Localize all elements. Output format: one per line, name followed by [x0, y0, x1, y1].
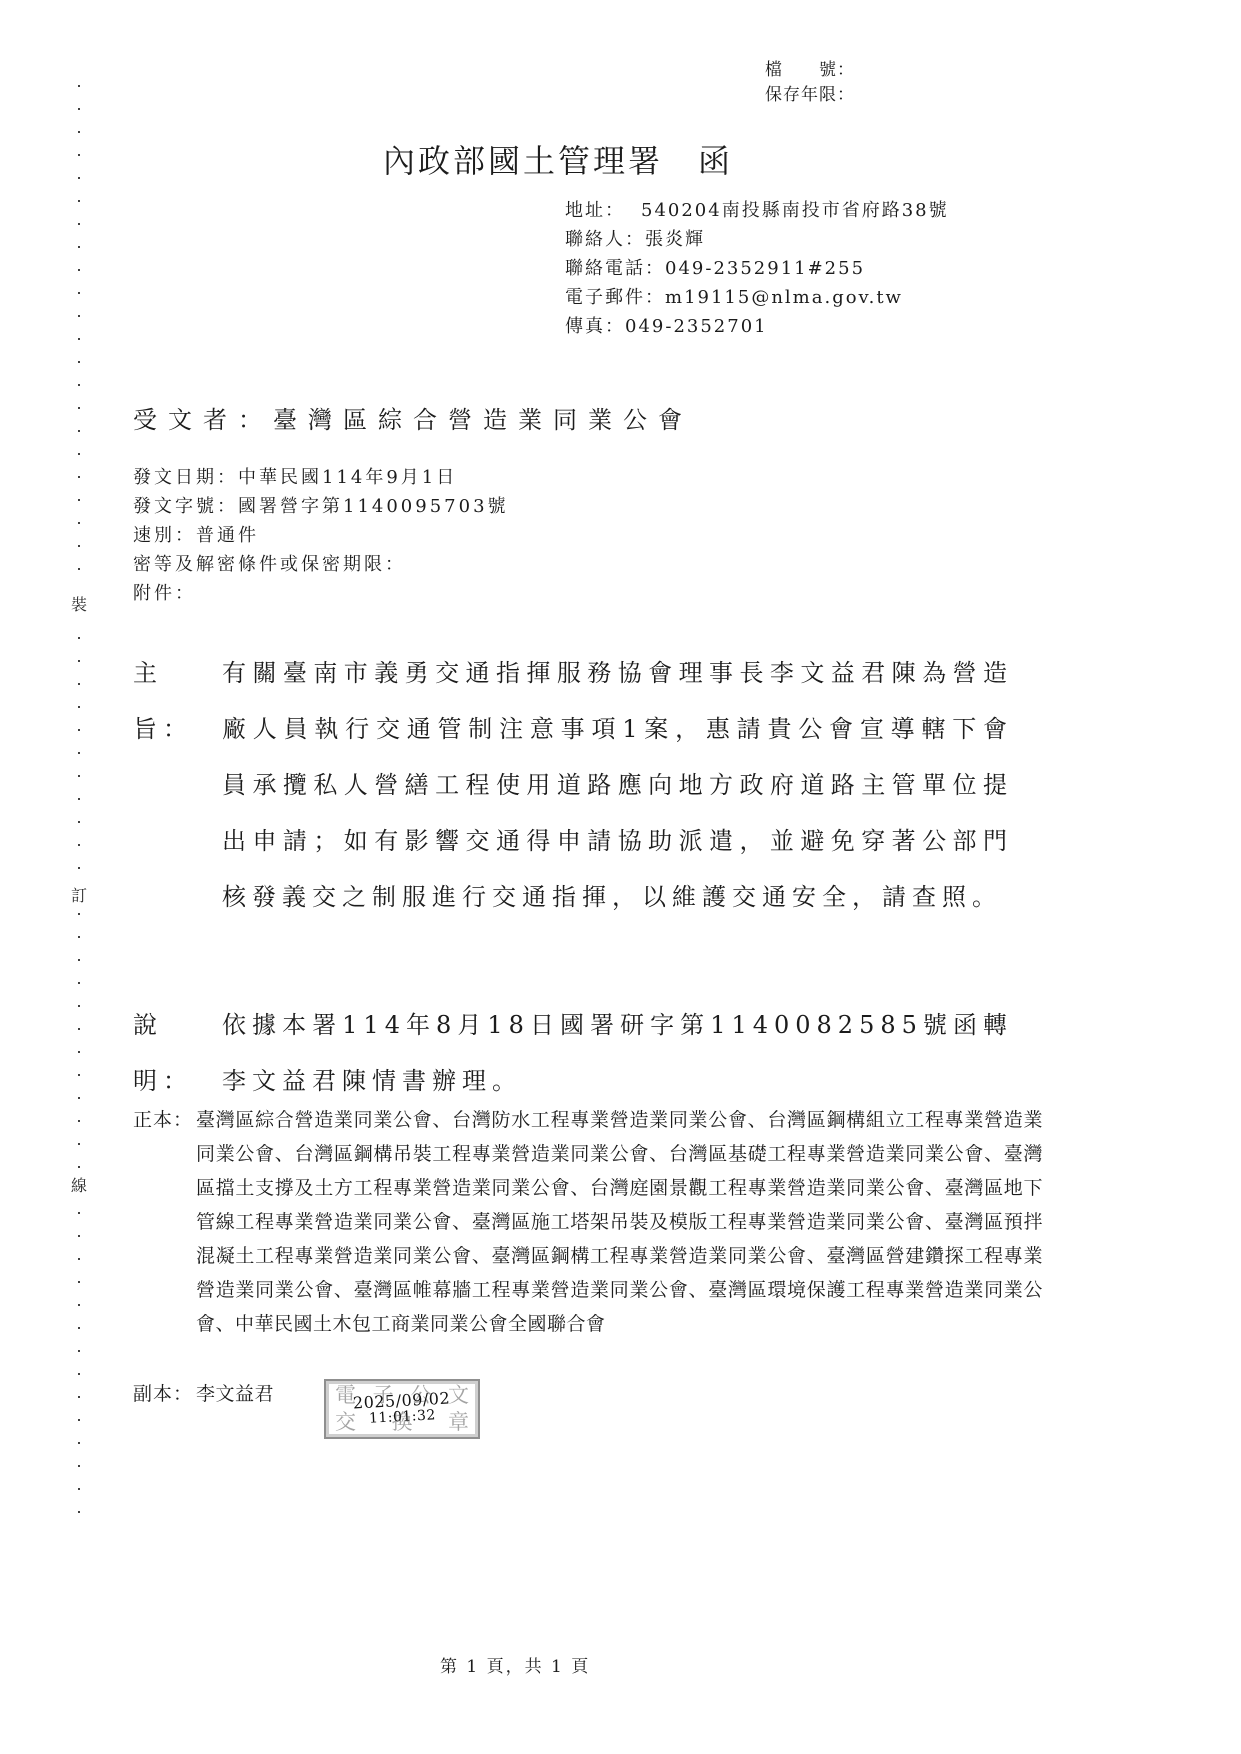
issue-date-line: 發文日期：中華民國114年9月1日 — [133, 463, 509, 492]
contact-address-line: 地址：540204南投縣南投市省府路38號 — [565, 196, 949, 225]
speed-line: 速別：普通件 — [133, 521, 509, 550]
contact-fax-line: 傳真：049-2352701 — [565, 312, 949, 341]
file-header: 檔 號： 保存年限： — [765, 58, 855, 108]
issue-date-label: 發文日期： — [133, 467, 238, 488]
recipient-value: 臺灣區綜合營造業同業公會 — [273, 406, 693, 434]
original-recipients-text: 臺灣區綜合營造業同業公會、台灣防水工程專業營造業同業公會、台灣區鋼構組立工程專業… — [196, 1103, 1043, 1341]
stamp-timestamp: 2025/09/02 11:01:32 — [325, 1377, 480, 1441]
issue-meta-block: 發文日期：中華民國114年9月1日 發文字號：國署營字第1140095703號 … — [133, 463, 509, 608]
binding-mark-zhuang: 裝 — [71, 590, 87, 620]
contact-phone-line: 聯絡電話：049-2352911#255 — [565, 254, 949, 283]
contact-email-value: m19115@nlma.gov.tw — [665, 287, 903, 308]
address-value: 540204南投縣南投市省府路38號 — [625, 200, 949, 221]
contact-phone-value: 049-2352911#255 — [665, 258, 865, 279]
sender-contact-block: 地址：540204南投縣南投市省府路38號 聯絡人：張炎輝 聯絡電話：049-2… — [565, 196, 949, 341]
retention-label: 保存年限： — [765, 85, 855, 105]
speed-value: 普通件 — [196, 525, 259, 546]
copy-recipients-block: 副本： 李文益君 — [133, 1377, 833, 1411]
address-label: 地址： — [565, 200, 625, 221]
issue-number-line: 發文字號：國署營字第1140095703號 — [133, 492, 509, 521]
original-recipients-block: 正本： 臺灣區綜合營造業同業公會、台灣防水工程專業營造業同業公會、台灣區鋼構組立… — [133, 1103, 1043, 1341]
security-line: 密等及解密條件或保密期限： — [133, 550, 509, 579]
contact-person-label: 聯絡人： — [565, 229, 645, 250]
file-number-line: 檔 號： — [765, 58, 855, 83]
contact-email-label: 電子郵件： — [565, 287, 665, 308]
page-number-footer: 第 1 頁，共 1 頁 — [440, 1652, 590, 1677]
stamp-clock: 11:01:32 — [369, 1408, 437, 1426]
contact-phone-label: 聯絡電話： — [565, 258, 665, 279]
contact-fax-value: 049-2352701 — [625, 316, 768, 337]
description-text: 依據本署114年8月18日國署研字第1140082585號函轉李文益君陳情書辦理… — [222, 997, 1013, 1109]
attachment-line: 附件： — [133, 579, 509, 608]
contact-person-line: 聯絡人：張炎輝 — [565, 225, 949, 254]
contact-email-line: 電子郵件：m19115@nlma.gov.tw — [565, 283, 949, 312]
electronic-exchange-stamp: 電子公文 交換章 2025/09/02 11:01:32 — [324, 1379, 480, 1439]
retention-line: 保存年限： — [765, 83, 855, 108]
copy-recipients-label: 副本： — [133, 1377, 196, 1411]
document-title: 內政部國土管理署 函 — [383, 136, 733, 182]
file-number-label: 檔 號： — [765, 60, 855, 80]
recipient-label: 受文者： — [133, 406, 273, 434]
recipient-line: 受文者：臺灣區綜合營造業同業公會 — [133, 400, 693, 435]
copy-recipients-text: 李文益君 — [196, 1377, 833, 1411]
description-paragraph: 說明： 依據本署114年8月18日國署研字第1140082585號函轉李文益君陳… — [133, 997, 1013, 1109]
binding-margin: 裝 訂 線 — [73, 85, 85, 1533]
issue-date-value: 中華民國114年9月1日 — [238, 467, 457, 488]
issue-number-value: 國署營字第1140095703號 — [238, 496, 509, 517]
attachment-label: 附件： — [133, 583, 196, 604]
contact-fax-label: 傳真： — [565, 316, 625, 337]
issue-number-label: 發文字號： — [133, 496, 238, 517]
binding-mark-ding: 訂 — [71, 881, 87, 911]
security-label: 密等及解密條件或保密期限： — [133, 554, 406, 575]
subject-paragraph: 主旨： 有關臺南市義勇交通指揮服務協會理事長李文益君陳為營造廠人員執行交通管制注… — [133, 645, 1013, 925]
binding-dotted-line — [78, 85, 80, 1533]
official-letter-page: 裝 訂 線 檔 號： 保存年限： 內政部國土管理署 函 地址：540204南投縣… — [0, 0, 1241, 1754]
subject-text: 有關臺南市義勇交通指揮服務協會理事長李文益君陳為營造廠人員執行交通管制注意事項1… — [222, 645, 1013, 925]
binding-mark-xian: 線 — [71, 1171, 87, 1201]
description-label: 說明： — [133, 997, 222, 1109]
subject-label: 主旨： — [133, 645, 222, 757]
original-recipients-label: 正本： — [133, 1103, 196, 1137]
speed-label: 速別： — [133, 525, 196, 546]
contact-person-value: 張炎輝 — [645, 229, 705, 250]
